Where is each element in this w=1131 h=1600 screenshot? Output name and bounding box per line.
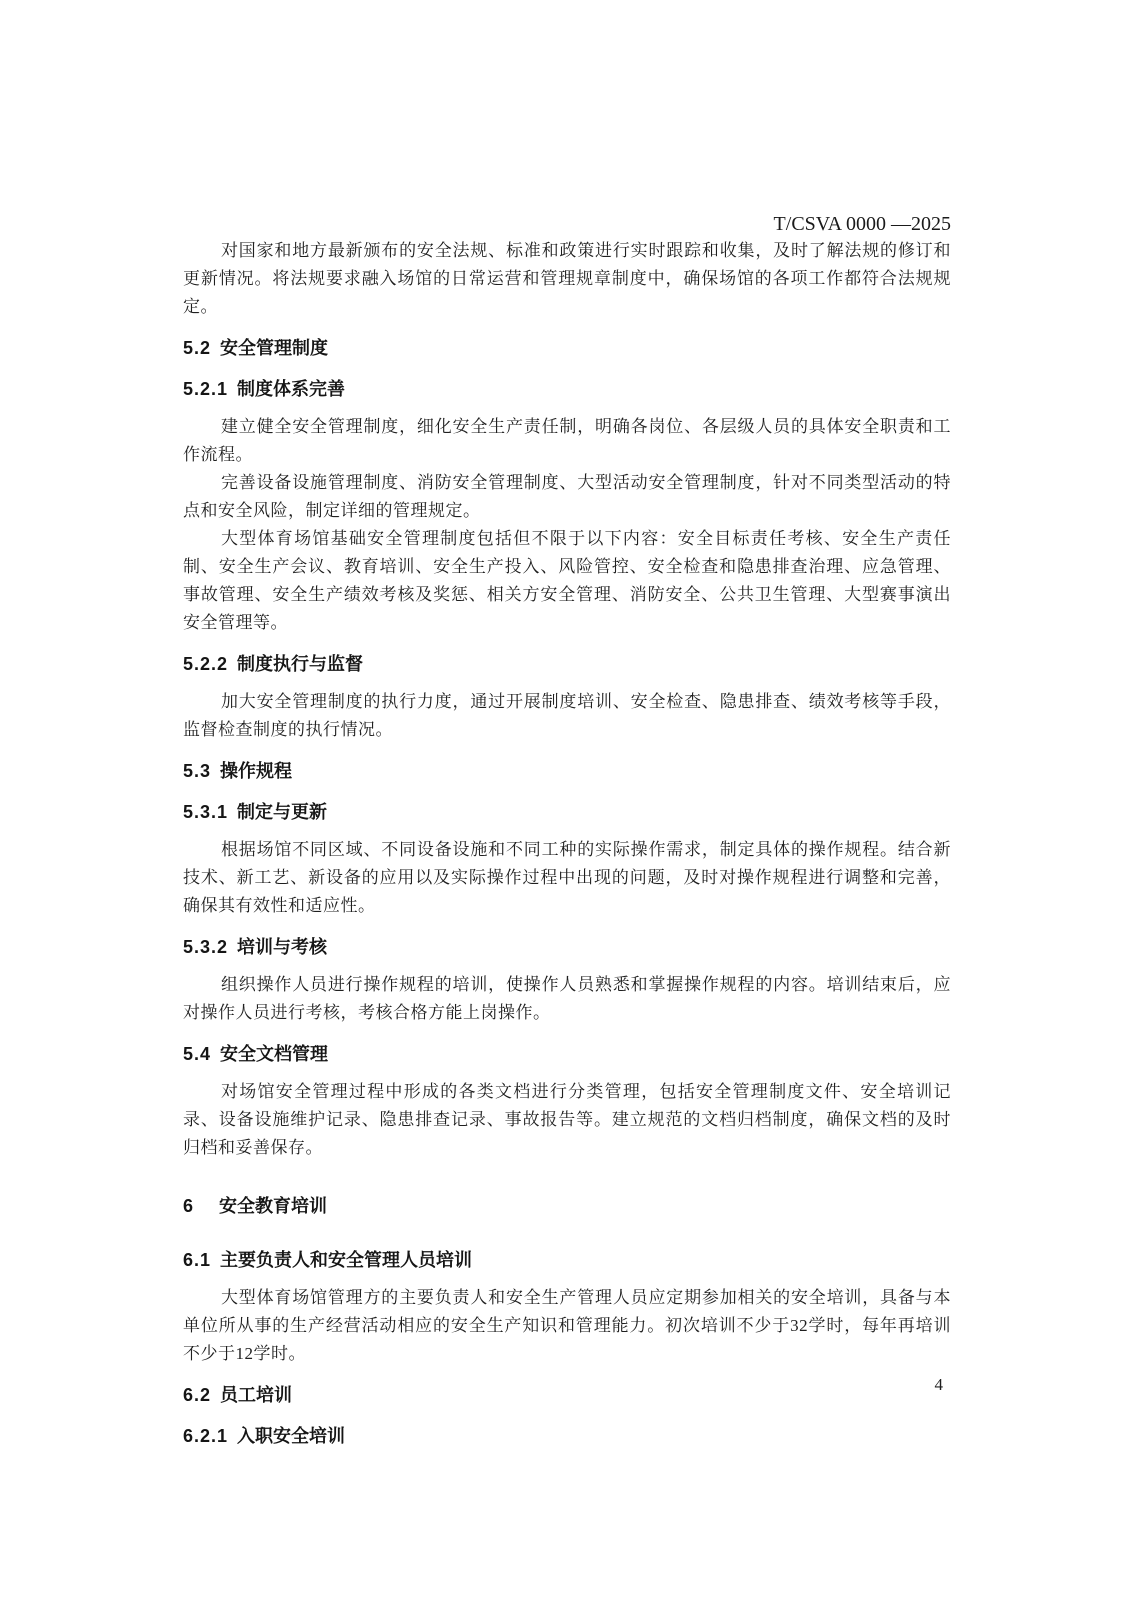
- heading-5-3: 5.3操作规程: [183, 757, 951, 785]
- doc-header: T/CSVA 0000 —2025: [183, 211, 951, 237]
- heading-number: 5.3: [183, 761, 211, 781]
- heading-title: 安全教育培训: [219, 1196, 327, 1216]
- paragraph-procedure-make: 根据场馆不同区域、不同设备设施和不同工种的实际操作需求，制定具体的操作规程。结合…: [183, 836, 951, 920]
- heading-number: 6: [183, 1196, 194, 1216]
- heading-title: 入职安全培训: [237, 1426, 345, 1446]
- paragraph-training-assess: 组织操作人员进行操作规程的培训，使操作人员熟悉和掌握操作规程的内容。培训结束后，…: [183, 971, 951, 1027]
- heading-6-2-1: 6.2.1入职安全培训: [183, 1422, 951, 1450]
- heading-6: 6安全教育培训: [183, 1192, 951, 1220]
- paragraph-legal-tracking: 对国家和地方最新颁布的安全法规、标准和政策进行实时跟踪和收集，及时了解法规的修订…: [183, 237, 951, 321]
- heading-number: 6.2.1: [183, 1426, 228, 1446]
- heading-number: 6.1: [183, 1250, 211, 1270]
- paragraph-system-improve: 完善设备设施管理制度、消防安全管理制度、大型活动安全管理制度，针对不同类型活动的…: [183, 469, 951, 525]
- heading-number: 5.3.1: [183, 802, 228, 822]
- heading-title: 培训与考核: [237, 937, 327, 957]
- heading-number: 5.3.2: [183, 937, 228, 957]
- heading-number: 5.2.2: [183, 654, 228, 674]
- heading-5-2-2: 5.2.2制度执行与监督: [183, 650, 951, 678]
- heading-title: 安全管理制度: [220, 338, 328, 358]
- page-footer: 4: [183, 1375, 943, 1395]
- heading-title: 制定与更新: [237, 802, 327, 822]
- heading-number: 5.2.1: [183, 379, 228, 399]
- paragraph-system-scope: 大型体育场馆基础安全管理制度包括但不限于以下内容：安全目标责任考核、安全生产责任…: [183, 525, 951, 637]
- heading-5-2-1: 5.2.1制度体系完善: [183, 375, 951, 403]
- heading-5-2: 5.2安全管理制度: [183, 334, 951, 362]
- heading-6-1: 6.1主要负责人和安全管理人员培训: [183, 1246, 951, 1274]
- heading-title: 制度体系完善: [237, 379, 345, 399]
- heading-title: 制度执行与监督: [237, 654, 363, 674]
- heading-title: 安全文档管理: [220, 1044, 328, 1064]
- doc-content: 对国家和地方最新颁布的安全法规、标准和政策进行实时跟踪和收集，及时了解法规的修订…: [183, 237, 951, 1460]
- paragraph-enforcement: 加大安全管理制度的执行力度，通过开展制度培训、安全检查、隐患排查、绩效考核等手段…: [183, 688, 951, 744]
- heading-5-3-1: 5.3.1制定与更新: [183, 798, 951, 826]
- doc-number: T/CSVA 0000 —2025: [774, 213, 951, 235]
- heading-number: 5.2: [183, 338, 211, 358]
- paragraph-manager-training: 大型体育场馆管理方的主要负责人和安全生产管理人员应定期参加相关的安全培训，具备与…: [183, 1284, 951, 1368]
- heading-title: 主要负责人和安全管理人员培训: [220, 1250, 472, 1270]
- heading-number: 5.4: [183, 1044, 211, 1064]
- paragraph-system-establish: 建立健全安全管理制度，细化安全生产责任制，明确各岗位、各层级人员的具体安全职责和…: [183, 413, 951, 469]
- document-page: T/CSVA 0000 —2025 对国家和地方最新颁布的安全法规、标准和政策进…: [0, 0, 1131, 1600]
- heading-5-3-2: 5.3.2培训与考核: [183, 933, 951, 961]
- heading-title: 操作规程: [220, 761, 292, 781]
- page-number: 4: [935, 1375, 944, 1394]
- paragraph-doc-management: 对场馆安全管理过程中形成的各类文档进行分类管理，包括安全管理制度文件、安全培训记…: [183, 1078, 951, 1162]
- heading-5-4: 5.4安全文档管理: [183, 1040, 951, 1068]
